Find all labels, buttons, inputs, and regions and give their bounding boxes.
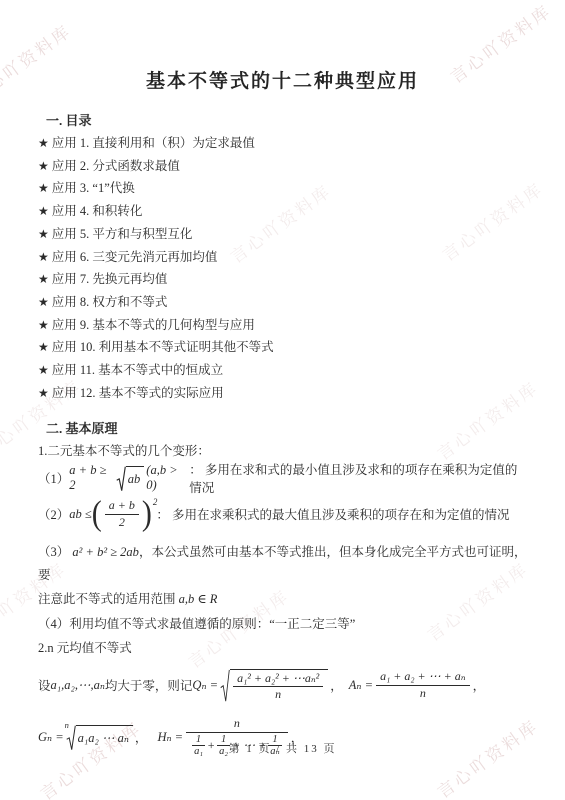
principle-item-4: （4）利用均值不等式求最值遵循的原则：“一正二定三等” — [38, 612, 527, 637]
formula-line-1: （1） a + b ≥ 2 ab (a,b > 0) ： 多用在求和式的最小值且… — [38, 465, 527, 491]
formula-line-3-cont: 注意此不等式的适用范围 a,b ∈ R — [38, 587, 527, 612]
root-index: n — [65, 720, 69, 730]
formula-right: (a,b > 0) — [146, 463, 189, 493]
toc-item-label: 应用 12. 基本不等式的实际应用 — [52, 386, 224, 400]
formula-line-qa: 设 a₁,a₂,⋯,aₙ 均大于零，则记 Qₙ = a₁² + a₂² + ⋯a… — [38, 662, 527, 708]
fraction: a₁² + a₂² + ⋯aₙ² n — [233, 672, 323, 703]
toc-item-label: 应用 10. 利用基本不等式证明其他不等式 — [52, 340, 274, 354]
text: 均大于零，则记 — [105, 676, 193, 694]
toc-item-label: 应用 4. 和积转化 — [52, 204, 143, 218]
sqrt-radical: a₁² + a₂² + ⋯aₙ² n — [220, 669, 328, 703]
toc-item: ★应用 7. 先换元再均值 — [38, 268, 527, 291]
star-icon: ★ — [38, 340, 49, 354]
toc-list: ★应用 1. 直接利用和（积）为定求最值 ★应用 2. 分式函数求最值 ★应用 … — [38, 132, 527, 404]
formula-left: a + b ≥ 2 — [69, 463, 114, 493]
radical-sign-icon — [220, 669, 230, 703]
text: 注意此不等式的适用范围 — [38, 592, 179, 606]
toc-item-label: 应用 6. 三变元先消元再加均值 — [52, 250, 218, 264]
fraction-denominator: 2 — [105, 515, 139, 530]
star-icon: ★ — [38, 159, 49, 173]
toc-item-label: 应用 3. “1”代换 — [52, 181, 135, 195]
open-paren: ( — [92, 497, 102, 532]
fraction-denominator: n — [376, 686, 470, 701]
comma: ， — [330, 676, 343, 694]
principles-sub2: 2.n 元均值不等式 — [38, 637, 527, 660]
page-number: 第 1 页 / 共 13 页 — [0, 740, 565, 756]
principles-heading: 二. 基本原理 — [38, 417, 527, 440]
fraction: a + b 2 — [105, 499, 139, 530]
formula-desc: ： 多用在求和式的最小值且涉及求和的项存在乘积为定值的情况 — [189, 460, 527, 496]
toc-item-label: 应用 1. 直接利用和（积）为定求最值 — [52, 136, 255, 150]
star-icon: ★ — [38, 181, 49, 195]
star-icon: ★ — [38, 250, 49, 264]
exponent: 2 — [153, 497, 158, 507]
fraction: a₁ + a₂ + ⋯ + aₙ n — [376, 670, 470, 701]
toc-heading: 一. 目录 — [38, 110, 527, 132]
sqrt-body: a₁² + a₂² + ⋯aₙ² n — [230, 669, 328, 703]
formula-desc: ： 多用在求乘积式的最大值且涉及乘积的项存在和为定值的情况 — [156, 505, 509, 523]
toc-item-label: 应用 11. 基本不等式中的恒成立 — [52, 363, 223, 377]
toc-item: ★应用 8. 权方和不等式 — [38, 291, 527, 314]
star-icon: ★ — [38, 363, 49, 377]
toc-item: ★应用 4. 和积转化 — [38, 200, 527, 223]
item-prefix: （2） — [38, 505, 69, 523]
toc-item: ★应用 12. 基本不等式的实际应用 — [38, 382, 527, 405]
toc-item: ★应用 2. 分式函数求最值 — [38, 155, 527, 178]
comma: ， — [473, 676, 486, 694]
fraction-numerator: a₁ + a₂ + ⋯ + aₙ — [376, 670, 470, 686]
sqrt-radical: ab — [116, 466, 145, 492]
radical-sign-icon — [116, 466, 126, 492]
star-icon: ★ — [38, 227, 49, 241]
star-icon: ★ — [38, 204, 49, 218]
fraction-numerator: a + b — [105, 499, 139, 515]
star-icon: ★ — [38, 295, 49, 309]
formula-line-3: （3） a² + b² ≥ 2ab，本公式虽然可由基本不等式推出，但本身化成完全… — [38, 541, 527, 587]
toc-item-label: 应用 9. 基本不等式的几何构型与应用 — [52, 318, 255, 332]
Q-label: Qₙ = — [192, 677, 218, 693]
toc-item-label: 应用 2. 分式函数求最值 — [52, 159, 180, 173]
toc-item: ★应用 9. 基本不等式的几何构型与应用 — [38, 314, 527, 337]
A-label: Aₙ = — [349, 677, 373, 693]
page-content: 基本不等式的十二种典型应用 一. 目录 ★应用 1. 直接利用和（积）为定求最值… — [0, 0, 565, 800]
formula-line-2: （2） ab ≤ ( a + b 2 ) 2 ： 多用在求乘积式的最大值且涉及乘… — [38, 494, 527, 534]
formula: a² + b² ≥ 2ab — [72, 545, 139, 559]
toc-item: ★应用 3. “1”代换 — [38, 177, 527, 200]
toc-item: ★应用 1. 直接利用和（积）为定求最值 — [38, 132, 527, 155]
range-math: a,b ∈ R — [179, 592, 218, 606]
star-icon: ★ — [38, 318, 49, 332]
star-icon: ★ — [38, 272, 49, 286]
toc-item-label: 应用 8. 权方和不等式 — [52, 295, 168, 309]
text: 设 — [38, 676, 51, 694]
item-prefix: （1） — [38, 469, 69, 487]
fraction-numerator: a₁² + a₂² + ⋯aₙ² — [233, 672, 323, 688]
formula-left: ab ≤ — [69, 507, 92, 522]
page-title: 基本不等式的十二种典型应用 — [38, 70, 527, 94]
document-page: 言心吖资料库 言心吖资料库 言心吖资料库 言心吖资料库 言心吖资料库 言心吖资料… — [0, 0, 565, 800]
toc-item-label: 应用 7. 先换元再均值 — [52, 272, 168, 286]
sequence-math: a₁,a₂,⋯,aₙ — [51, 677, 105, 693]
toc-item: ★应用 11. 基本不等式中的恒成立 — [38, 359, 527, 382]
item-prefix: （3） — [38, 545, 72, 559]
fraction-denominator: n — [233, 687, 323, 702]
toc-item: ★应用 10. 利用基本不等式证明其他不等式 — [38, 336, 527, 359]
sqrt-body: ab — [126, 466, 145, 492]
fraction-numerator: n — [186, 717, 288, 733]
toc-item: ★应用 5. 平方和与积型互化 — [38, 223, 527, 246]
close-paren: ) — [142, 497, 152, 532]
star-icon: ★ — [38, 386, 49, 400]
toc-item-label: 应用 5. 平方和与积型互化 — [52, 227, 193, 241]
toc-item: ★应用 6. 三变元先消元再加均值 — [38, 246, 527, 269]
star-icon: ★ — [38, 136, 49, 150]
